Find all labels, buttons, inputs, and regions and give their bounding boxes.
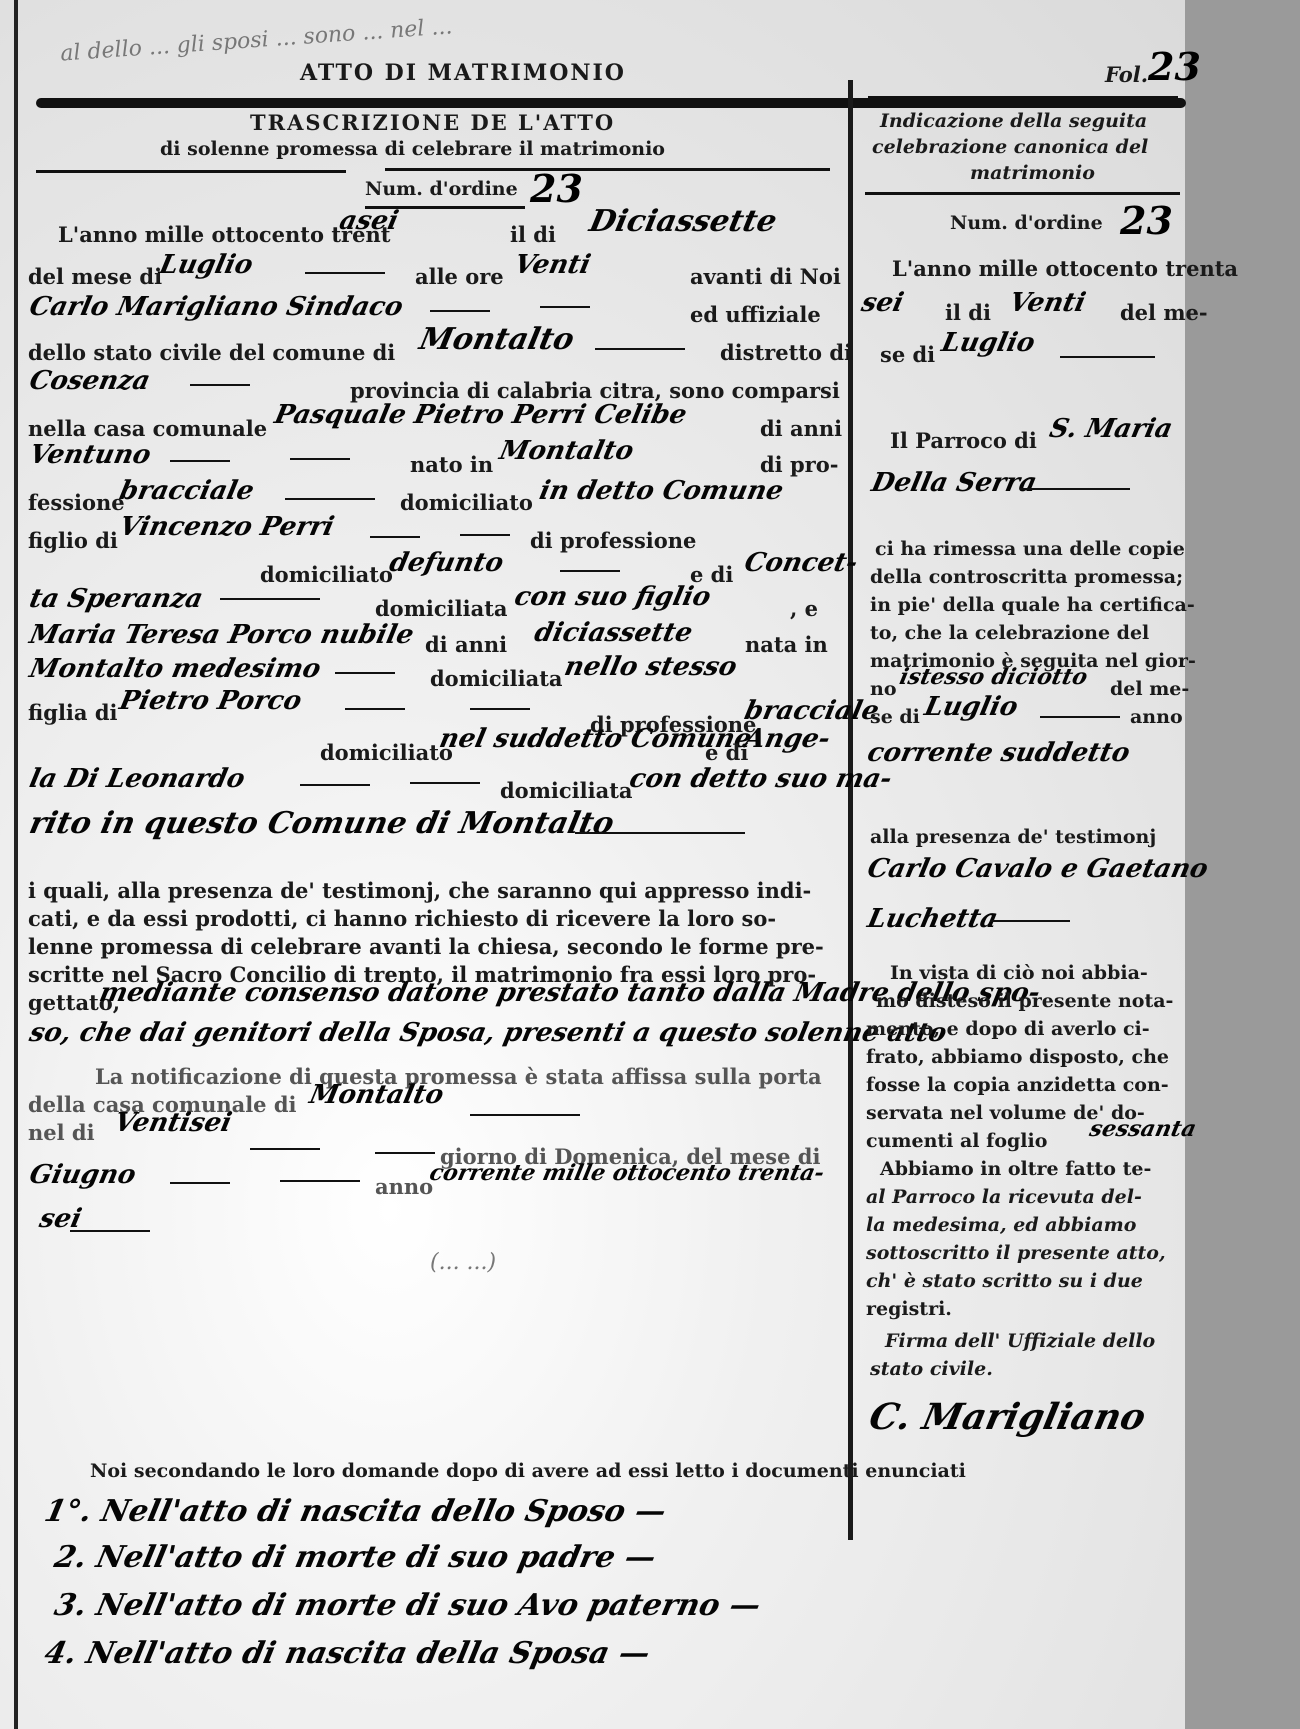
handwritten-text: con suo figlio bbox=[512, 582, 714, 612]
blank-dash bbox=[375, 1152, 435, 1154]
left-margin-line bbox=[14, 0, 18, 1729]
printed-text: il di bbox=[945, 300, 991, 325]
printed-closing-line: In vista di ciò noi abbia- bbox=[890, 962, 1148, 984]
handwritten-text: bracciale bbox=[117, 476, 257, 506]
signature-label: Firma dell' Uffiziale dello bbox=[885, 1330, 1155, 1352]
printed-closing-line: sottoscritto il presente atto, bbox=[866, 1242, 1166, 1264]
handwritten-text: corrente suddetto bbox=[865, 738, 1133, 768]
blank-dash bbox=[1060, 356, 1155, 358]
folio-label: Fol. bbox=[1105, 62, 1148, 87]
printed-cert-line: to, che la celebrazione del bbox=[870, 622, 1149, 644]
blank-dash bbox=[170, 1182, 230, 1184]
column-divider bbox=[848, 80, 853, 1540]
handwritten-text: asei bbox=[337, 206, 401, 236]
handwritten-text: Pasquale Pietro Perri Celibe bbox=[272, 400, 690, 430]
printed-closing-line: frato, abbiamo disposto, che bbox=[866, 1046, 1169, 1068]
blank-dash bbox=[305, 272, 385, 274]
handwritten-text: Montalto medesimo bbox=[27, 654, 324, 684]
printed-closing-line: mo disteso il presente nota- bbox=[876, 990, 1173, 1012]
printed-text: domiciliata bbox=[375, 596, 508, 621]
blank-dash bbox=[560, 570, 620, 572]
right-section-title-line: celebrazione canonica del bbox=[872, 136, 1148, 158]
left-order-label: Num. d'ordine bbox=[365, 178, 518, 200]
handwritten-text: Ventisei bbox=[112, 1108, 235, 1138]
document-title: ATTO DI MATRIMONIO bbox=[300, 60, 626, 86]
footer-document-item: 4. Nell'atto di nascita della Sposa — bbox=[41, 1636, 653, 1671]
handwritten-text: Montalto bbox=[307, 1080, 447, 1110]
handwritten-text: defunto bbox=[387, 548, 506, 578]
blank-dash bbox=[370, 536, 420, 538]
blank-dash bbox=[595, 348, 685, 350]
blank-dash bbox=[990, 920, 1070, 922]
faded-header-script: al dello ... gli sposi ... sono ... nel … bbox=[60, 14, 453, 66]
printed-text: nato in bbox=[410, 452, 493, 477]
printed-closing-line: Abbiamo in oltre fatto te- bbox=[880, 1158, 1151, 1180]
printed-text: , e bbox=[790, 596, 818, 621]
handwritten-text: Luglio bbox=[922, 692, 1021, 722]
handwritten-text: istesso diciotto bbox=[897, 664, 1090, 690]
printed-text: Il Parroco di bbox=[890, 428, 1037, 453]
printed-text: di professione bbox=[530, 528, 696, 553]
faded-note: (... ...) bbox=[430, 1250, 496, 1275]
printed-text: domiciliato bbox=[260, 562, 393, 587]
printed-text: di anni bbox=[760, 416, 842, 441]
handwritten-text: Concet- bbox=[742, 548, 861, 578]
handwritten-text: Ventuno bbox=[27, 440, 154, 470]
printed-notification-line: anno bbox=[375, 1174, 433, 1199]
printed-closing-line: registri. bbox=[866, 1298, 952, 1320]
handwritten-text: Giugno bbox=[27, 1160, 139, 1190]
handwritten-text: Ange- bbox=[742, 724, 833, 754]
blank-dash bbox=[220, 598, 320, 600]
blank-dash bbox=[1020, 488, 1130, 490]
handwritten-text: Luglio bbox=[157, 250, 256, 280]
blank-dash bbox=[285, 498, 375, 500]
blank-dash bbox=[345, 708, 405, 710]
blank-dash bbox=[575, 832, 745, 834]
blank-dash bbox=[280, 1180, 360, 1182]
printed-notification-line: nel di bbox=[28, 1120, 95, 1145]
handwritten-text: in detto Comune bbox=[537, 476, 786, 506]
printed-text: se di bbox=[880, 342, 935, 367]
handwritten-text: ta Speranza bbox=[27, 584, 206, 614]
right-section-title-line: matrimonio bbox=[970, 162, 1095, 184]
handwritten-text: Venti bbox=[1007, 288, 1089, 318]
blank-dash bbox=[430, 310, 490, 312]
printed-text: di anni bbox=[425, 632, 507, 657]
handwritten-text: con detto suo ma- bbox=[627, 764, 895, 794]
handwritten-text: Carlo Cavalo e Gaetano bbox=[865, 854, 1211, 884]
printed-closing-line: fosse la copia anzidetta con- bbox=[866, 1074, 1169, 1096]
printed-text: alla presenza de' testimonj bbox=[870, 826, 1156, 848]
left-order-number: 23 bbox=[530, 166, 583, 211]
right-order-number: 23 bbox=[1120, 198, 1173, 243]
blank-dash bbox=[540, 306, 590, 308]
printed-body-line: cati, e da essi prodotti, ci hanno richi… bbox=[28, 906, 776, 931]
left-header-rule-b bbox=[385, 168, 830, 171]
printed-text: domiciliata bbox=[500, 778, 633, 803]
signature-label: stato civile. bbox=[870, 1358, 993, 1380]
title-rule bbox=[36, 98, 1186, 108]
printed-body-line: lenne promessa di celebrare avanti la ch… bbox=[28, 934, 824, 959]
right-header-rule-top bbox=[868, 96, 1178, 99]
blank-dash bbox=[470, 1114, 580, 1116]
printed-text: anno bbox=[1130, 706, 1183, 728]
blank-dash bbox=[290, 458, 350, 460]
printed-text: domiciliata bbox=[430, 666, 563, 691]
handwritten-text: sei bbox=[859, 288, 906, 318]
printed-closing-line: mento, e dopo di averlo ci- bbox=[866, 1018, 1150, 1040]
printed-closing-line: cumenti al foglio bbox=[866, 1130, 1047, 1152]
blank-dash bbox=[460, 534, 510, 536]
handwritten-text: Cosenza bbox=[27, 366, 153, 396]
right-header-rule-bottom bbox=[865, 192, 1180, 195]
handwritten-text: Pietro Porco bbox=[117, 686, 305, 716]
printed-cert-line: ci ha rimessa una delle copie bbox=[875, 538, 1185, 560]
printed-cert-line: della controscritta promessa; bbox=[870, 566, 1183, 588]
handwritten-text: Diciassette bbox=[586, 204, 780, 239]
printed-closing-line: la medesima, ed abbiamo bbox=[866, 1214, 1136, 1236]
handwritten-body-line: so, che dai genitori della Sposa, presen… bbox=[27, 1018, 950, 1048]
handwritten-text: bracciale bbox=[742, 696, 882, 726]
printed-text: figlia di bbox=[28, 700, 118, 725]
printed-text: dello stato civile del comune di bbox=[28, 340, 395, 365]
footer-document-item: 1°. Nell'atto di nascita dello Sposo — bbox=[41, 1494, 669, 1529]
printed-text: se di bbox=[870, 706, 920, 728]
blank-dash bbox=[410, 782, 480, 784]
footer-printed-line: Noi secondando le loro domande dopo di a… bbox=[90, 1460, 966, 1482]
printed-text: L'anno mille ottocento trenta bbox=[892, 256, 1238, 281]
blank-dash bbox=[470, 708, 530, 710]
printed-text: fessione bbox=[28, 490, 125, 515]
official-signature: C. Marigliano bbox=[866, 1396, 1150, 1438]
right-section-title-line: Indicazione della seguita bbox=[880, 110, 1147, 132]
footer-document-item: 3. Nell'atto di morte di suo Avo paterno… bbox=[51, 1588, 763, 1623]
printed-closing-line: al Parroco la ricevuta del- bbox=[866, 1186, 1142, 1208]
left-section-title: TRASCRIZIONE DE L'ATTO bbox=[250, 110, 615, 135]
printed-text: alle ore bbox=[415, 264, 504, 289]
blank-dash bbox=[190, 384, 250, 386]
handwritten-text: sessanta bbox=[1087, 1116, 1198, 1142]
left-header-rule-a bbox=[36, 170, 346, 173]
handwritten-text: Carlo Marigliano Sindaco bbox=[27, 292, 406, 322]
handwritten-text: Della Serra bbox=[869, 468, 1040, 498]
printed-text: distretto di bbox=[720, 340, 852, 365]
printed-body-line: i quali, alla presenza de' testimonj, ch… bbox=[28, 878, 811, 903]
folio-number: 23 bbox=[1148, 44, 1201, 89]
right-order-label: Num. d'ordine bbox=[950, 212, 1103, 234]
handwritten-text: Montalto bbox=[497, 436, 637, 466]
handwritten-text: Montalto bbox=[416, 322, 577, 357]
handwritten-text: corrente mille ottocento trenta- bbox=[427, 1160, 826, 1186]
document-page: al dello ... gli sposi ... sono ... nel … bbox=[0, 0, 1300, 1729]
blank-dash bbox=[250, 1148, 320, 1150]
handwritten-text: S. Maria bbox=[1047, 414, 1175, 444]
printed-text: di pro- bbox=[760, 452, 838, 477]
handwritten-text: Vincenzo Perri bbox=[117, 512, 337, 542]
printed-notification-line: La notificazione di questa promessa è st… bbox=[95, 1064, 822, 1089]
handwritten-text: Luchetta bbox=[865, 904, 1001, 934]
printed-text: domiciliato bbox=[400, 490, 533, 515]
handwritten-text: la Di Leonardo bbox=[27, 764, 248, 794]
printed-text: nata in bbox=[745, 632, 828, 657]
printed-text: del me- bbox=[1110, 678, 1189, 700]
printed-text: il di bbox=[510, 222, 556, 247]
blank-dash bbox=[335, 672, 395, 674]
printed-closing-line: ch' è stato scritto su i due bbox=[866, 1270, 1143, 1292]
printed-text: domiciliato bbox=[320, 740, 453, 765]
printed-text: del me- bbox=[1120, 300, 1208, 325]
blank-dash bbox=[1040, 716, 1120, 718]
printed-text: figlio di bbox=[28, 528, 118, 553]
printed-text: del mese di bbox=[28, 264, 162, 289]
printed-text: nella casa comunale bbox=[28, 416, 267, 441]
handwritten-text: rito in questo Comune di Montalto bbox=[26, 806, 617, 841]
printed-text: ed uffiziale bbox=[690, 302, 821, 327]
blank-dash bbox=[300, 784, 370, 786]
handwritten-text: Maria Teresa Porco nubile bbox=[27, 620, 417, 650]
handwritten-text: Venti bbox=[512, 250, 594, 280]
printed-cert-line: in pie' della quale ha certifica- bbox=[870, 594, 1195, 616]
printed-text: no bbox=[870, 678, 897, 700]
handwritten-text: nello stesso bbox=[562, 652, 740, 682]
blank-dash bbox=[70, 1230, 150, 1232]
handwritten-text: Luglio bbox=[939, 328, 1038, 358]
blank-dash bbox=[170, 460, 230, 462]
left-section-subtitle: di solenne promessa di celebrare il matr… bbox=[160, 138, 665, 160]
printed-text: avanti di Noi bbox=[690, 264, 841, 289]
footer-document-item: 2. Nell'atto di morte di suo padre — bbox=[51, 1540, 659, 1575]
handwritten-text: diciassette bbox=[532, 618, 695, 648]
